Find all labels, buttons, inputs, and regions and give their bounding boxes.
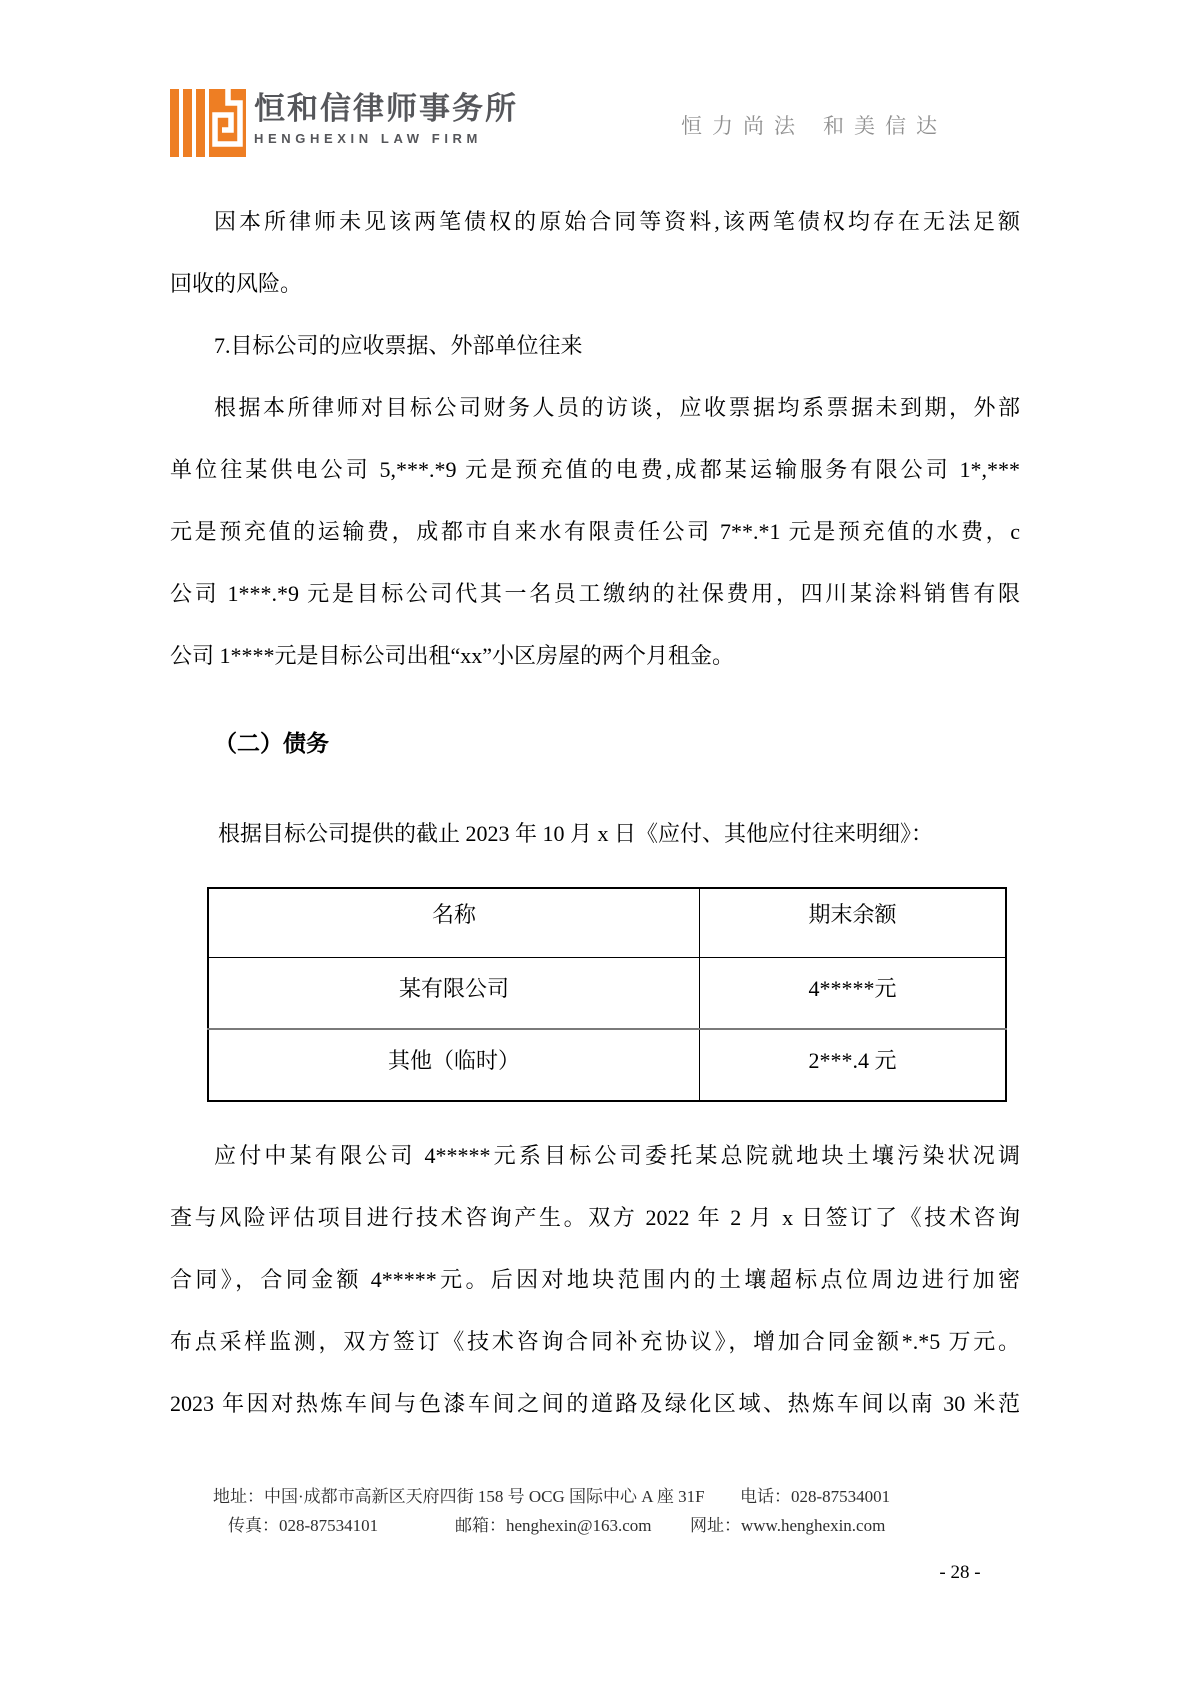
para-line: 合同》，合同金额 4*****元。后因对地块范围内的土壤超标点位周边进行加密 <box>170 1249 1020 1311</box>
footer-fax: 传真：028-87534101 <box>228 1511 378 1541</box>
footer-email: 邮箱：henghexin@163.com <box>455 1511 652 1541</box>
table-cell: 其他（临时） <box>208 1029 700 1101</box>
table-cell: 4*****元 <box>700 957 1006 1029</box>
para-line: 查与风险评估项目进行技术咨询产生。双方 2022 年 2 月 x 日签订了《技术… <box>170 1187 1020 1249</box>
footer-line-1: 地址：中国·成都市高新区天府四街 158 号 OCG 国际中心 A 座 31F … <box>0 1482 1190 1512</box>
para-line: 布点采样监测，双方签订《技术咨询合同补充协议》，增加合同金额*.*5 万元。 <box>170 1311 1020 1373</box>
footer-address: 地址：中国·成都市高新区天府四街 158 号 OCG 国际中心 A 座 31F <box>213 1482 705 1512</box>
table-header-row: 名称 期末余额 <box>208 888 1006 957</box>
document-body: 因本所律师未见该两笔债权的原始合同等资料,该两笔债权均存在无法足额 回收的风险。… <box>170 191 1020 1435</box>
para-line: 因本所律师未见该两笔债权的原始合同等资料,该两笔债权均存在无法足额 <box>170 191 1020 253</box>
slogan-part1: 恒力尚法 <box>681 115 805 138</box>
table-cell: 2***.4 元 <box>700 1029 1006 1101</box>
para-line: 根据本所律师对目标公司财务人员的访谈，应收票据均系票据未到期，外部 <box>170 377 1020 439</box>
para-line: 元是预充值的运输费，成都市自来水有限责任公司 7**.*1 元是预充值的水费，c <box>170 501 1020 563</box>
para-line: 回收的风险。 <box>170 253 1020 315</box>
para-line: 2023 年因对热炼车间与色漆车间之间的道路及绿化区域、热炼车间以南 30 米范 <box>170 1373 1020 1435</box>
logo-mark-icon <box>170 88 246 158</box>
section-heading-7: 7.目标公司的应收票据、外部单位往来 <box>170 315 1020 377</box>
section-heading-debt: （二）债务 <box>170 713 1020 775</box>
lawfirm-name-en: HENGHEXIN LAW FIRM <box>254 129 518 149</box>
table-cell: 某有限公司 <box>208 957 700 1029</box>
lawfirm-slogan: 恒力尚法和美信达 <box>681 110 1021 140</box>
para-line: 公司 1****元是目标公司出租“xx”小区房屋的两个月租金。 <box>170 625 1020 687</box>
footer-line-2: 传真：028-87534101 邮箱：henghexin@163.com 网址：… <box>0 1511 1190 1541</box>
page-number: - 28 - <box>880 1562 1040 1584</box>
footer-phone: 电话：028-87534001 <box>740 1482 890 1512</box>
lawfirm-logo-icon <box>170 88 246 163</box>
table-row: 其他（临时） 2***.4 元 <box>208 1029 1006 1101</box>
table-row: 某有限公司 4*****元 <box>208 957 1006 1029</box>
paragraph: 应付中某有限公司 4*****元系目标公司委托某总院就地块土壤污染状况调 查与风… <box>170 1125 1020 1435</box>
para-line: 公司 1***.*9 元是目标公司代其一名员工缴纳的社保费用，四川某涂料销售有限 <box>170 563 1020 625</box>
para-line: 根据目标公司提供的截止 2023 年 10 月 x 日《应付、其他应付往来明细》… <box>170 803 1020 865</box>
footer-website: 网址：www.henghexin.com <box>690 1511 885 1541</box>
lawfirm-logo-text: 恒和信律师事务所 HENGHEXIN LAW FIRM <box>254 92 518 149</box>
table-header-cell: 期末余额 <box>700 888 1006 957</box>
para-line: 单位往某供电公司 5,***.*9 元是预充值的电费,成都某运输服务有限公司 1… <box>170 439 1020 501</box>
payables-table: 名称 期末余额 某有限公司 4*****元 其他（临时） 2***.4 元 <box>207 887 1007 1102</box>
slogan-part2: 和美信达 <box>823 115 947 138</box>
lawfirm-name-cn: 恒和信律师事务所 <box>254 92 518 126</box>
document-page: 恒和信律师事务所 HENGHEXIN LAW FIRM 恒力尚法和美信达 因本所… <box>0 0 1190 1683</box>
table-header-cell: 名称 <box>208 888 700 957</box>
para-line: 应付中某有限公司 4*****元系目标公司委托某总院就地块土壤污染状况调 <box>170 1125 1020 1187</box>
